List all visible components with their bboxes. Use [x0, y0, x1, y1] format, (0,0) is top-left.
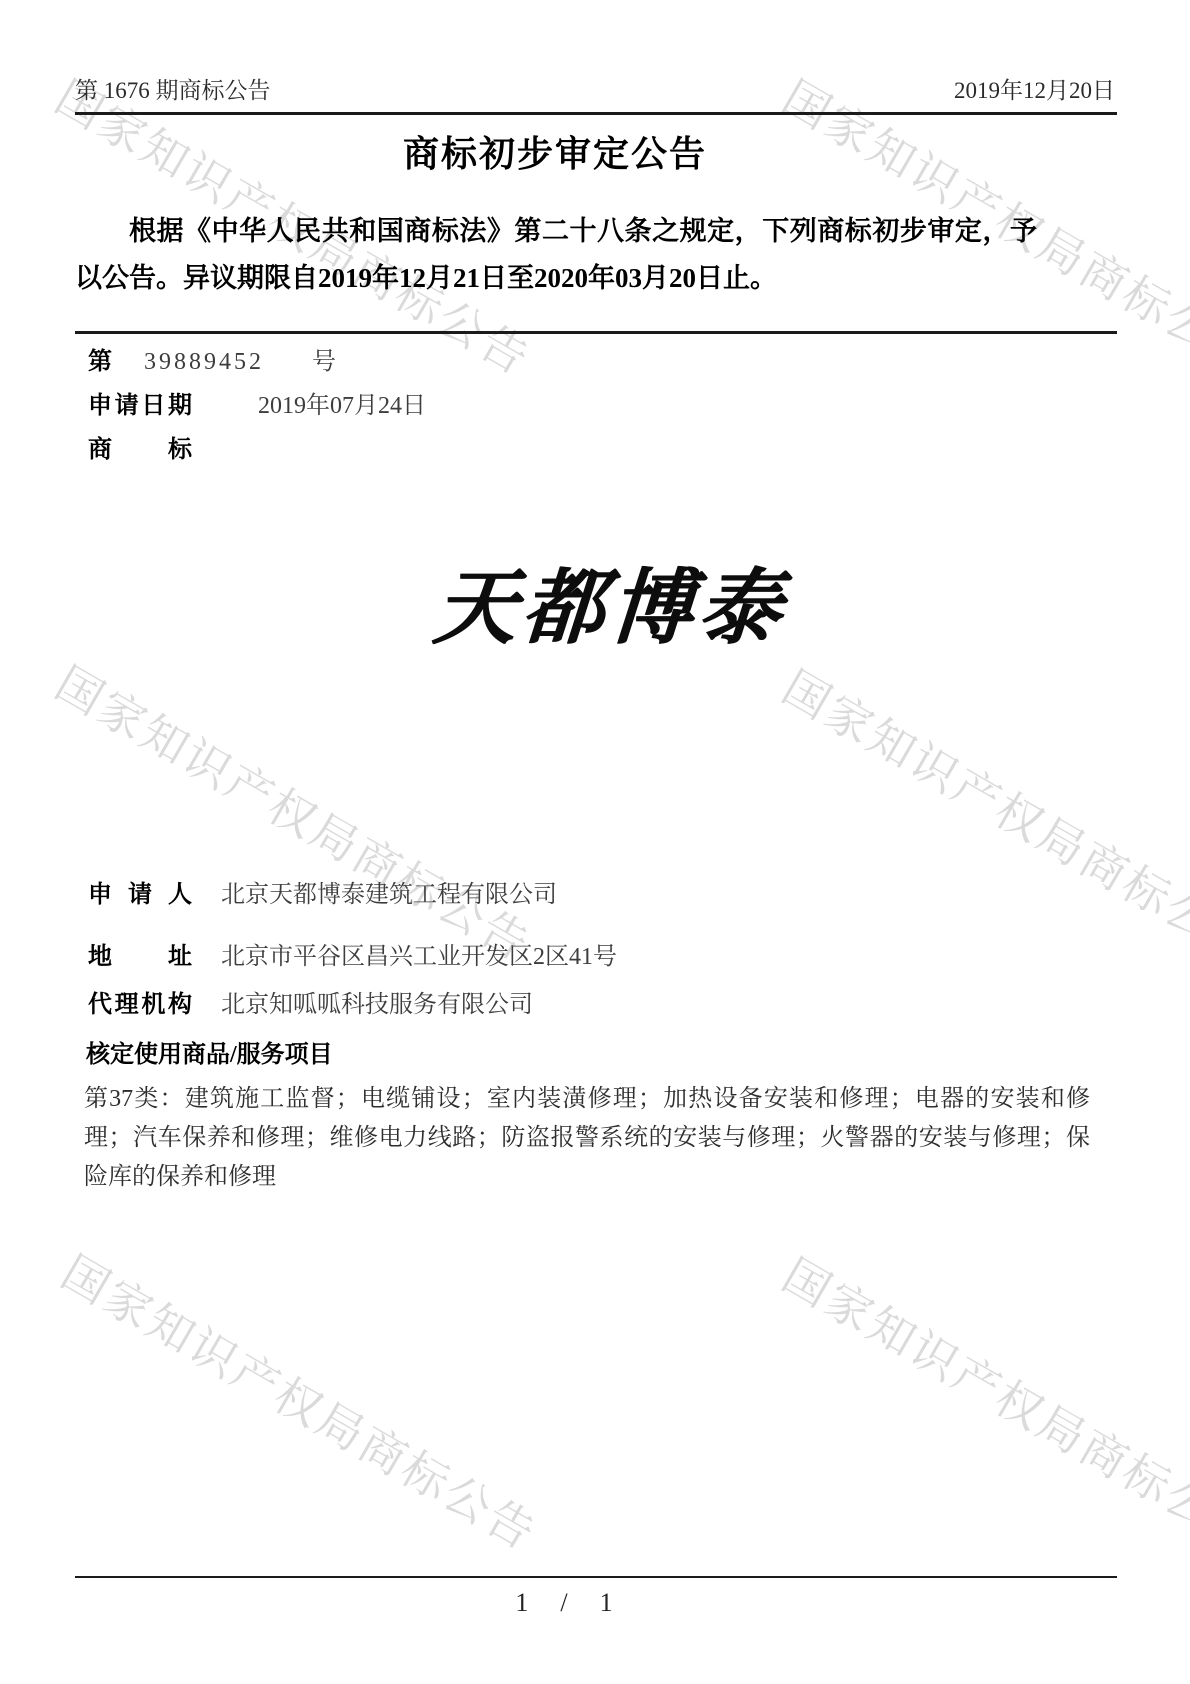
- trademark-label: 商标: [88, 429, 192, 464]
- trademark-image: 天都博泰: [27, 562, 1190, 654]
- application-number-prefix: 第: [88, 349, 112, 375]
- total-pages: 1: [600, 1588, 613, 1618]
- address-value: 北京市平谷区昌兴工业开发区2区41号: [221, 944, 617, 970]
- application-number-suffix: 号: [312, 349, 336, 375]
- application-date-value: 2019年07月24日: [258, 393, 426, 419]
- agency-value: 北京知呱呱科技服务有限公司: [221, 992, 533, 1018]
- page-header: 第 1676 期商标公告 2019年12月20日: [75, 72, 1115, 105]
- footer-rule: [75, 1576, 1117, 1578]
- agency-row: 代理机构 北京知呱呱科技服务有限公司: [88, 984, 533, 1019]
- document-content: 第 1676 期商标公告 2019年12月20日 商标初步审定公告 根据《中华人…: [0, 0, 1190, 1684]
- application-date-row: 申请日期 2019年07月24日: [88, 385, 426, 420]
- header-rule: [75, 112, 1117, 115]
- address-row: 地址 北京市平谷区昌兴工业开发区2区41号: [88, 936, 617, 971]
- page-title: 商标初步审定公告: [0, 126, 1110, 177]
- announcement-intro: 根据《中华人民共和国商标法》第二十八条之规定，下列商标初步审定，予以公告。异议期…: [75, 208, 1037, 302]
- application-date-label: 申请日期: [88, 385, 192, 420]
- address-label: 地址: [88, 936, 192, 971]
- application-number: 39889452: [144, 349, 264, 375]
- applicant-value: 北京天都博泰建筑工程有限公司: [221, 882, 557, 908]
- applicant-label: 申请人: [88, 874, 192, 909]
- page-number: 1 / 1: [0, 1588, 1128, 1618]
- application-number-row: 第 39889452 号: [88, 341, 336, 376]
- agency-label: 代理机构: [88, 984, 192, 1019]
- trademark-label-row: 商标: [88, 429, 192, 464]
- gazette-date: 2019年12月20日: [954, 72, 1115, 105]
- document-page: 国家知识产权局商标公告 国家知识产权局商标公告 国家知识产权局商标公告 国家知识…: [0, 0, 1190, 1684]
- current-page: 1: [515, 1588, 528, 1618]
- page-separator: /: [560, 1588, 567, 1618]
- gazette-issue-label: 第 1676 期商标公告: [75, 72, 271, 105]
- goods-services-heading: 核定使用商品/服务项目: [86, 1034, 333, 1069]
- applicant-row: 申请人 北京天都博泰建筑工程有限公司: [88, 874, 557, 909]
- goods-services-text: 第37类：建筑施工监督；电缆铺设；室内装潢修理；加热设备安装和修理；电器的安装和…: [84, 1080, 1090, 1197]
- section-rule: [75, 331, 1117, 334]
